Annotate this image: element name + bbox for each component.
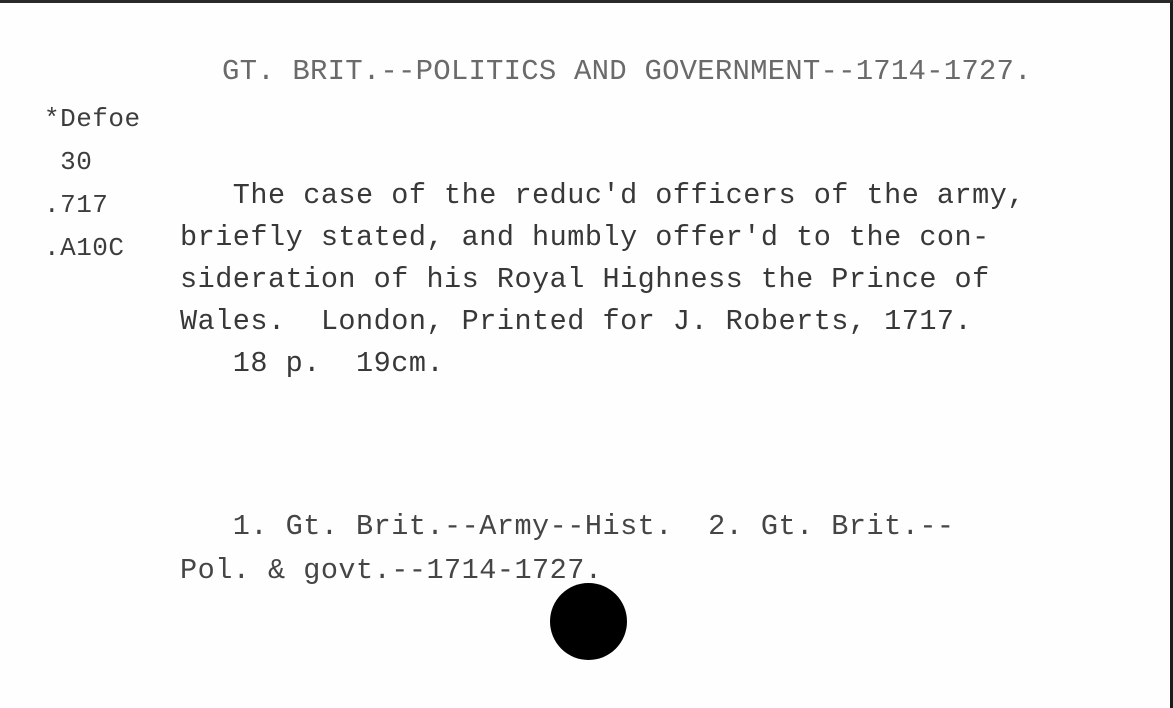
catalog-card: GT. BRIT.--POLITICS AND GOVERNMENT--1714… bbox=[0, 0, 1173, 708]
tracing-line: Pol. & govt.--1714-1727. bbox=[180, 549, 955, 593]
subject-tracings: 1. Gt. Brit.--Army--Hist. 2. Gt. Brit.--… bbox=[180, 505, 955, 593]
description-line: briefly stated, and humbly offer'd to th… bbox=[180, 217, 1025, 259]
call-number-line: 30 bbox=[44, 141, 141, 184]
tracing-line: 1. Gt. Brit.--Army--Hist. 2. Gt. Brit.-- bbox=[180, 505, 955, 549]
collation-line: 18 p. 19cm. bbox=[180, 343, 1025, 385]
description-line: Wales. London, Printed for J. Roberts, 1… bbox=[180, 301, 1025, 343]
call-number-line: .A10C bbox=[44, 227, 141, 270]
call-number: *Defoe 30 .717 .A10C bbox=[44, 98, 141, 270]
punch-hole-icon bbox=[550, 583, 627, 660]
subject-heading: GT. BRIT.--POLITICS AND GOVERNMENT--1714… bbox=[222, 55, 1032, 88]
description-line: The case of the reduc'd officers of the … bbox=[180, 175, 1025, 217]
bibliographic-description: The case of the reduc'd officers of the … bbox=[180, 175, 1025, 385]
call-number-line: *Defoe bbox=[44, 98, 141, 141]
description-line: sideration of his Royal Highness the Pri… bbox=[180, 259, 1025, 301]
call-number-line: .717 bbox=[44, 184, 141, 227]
